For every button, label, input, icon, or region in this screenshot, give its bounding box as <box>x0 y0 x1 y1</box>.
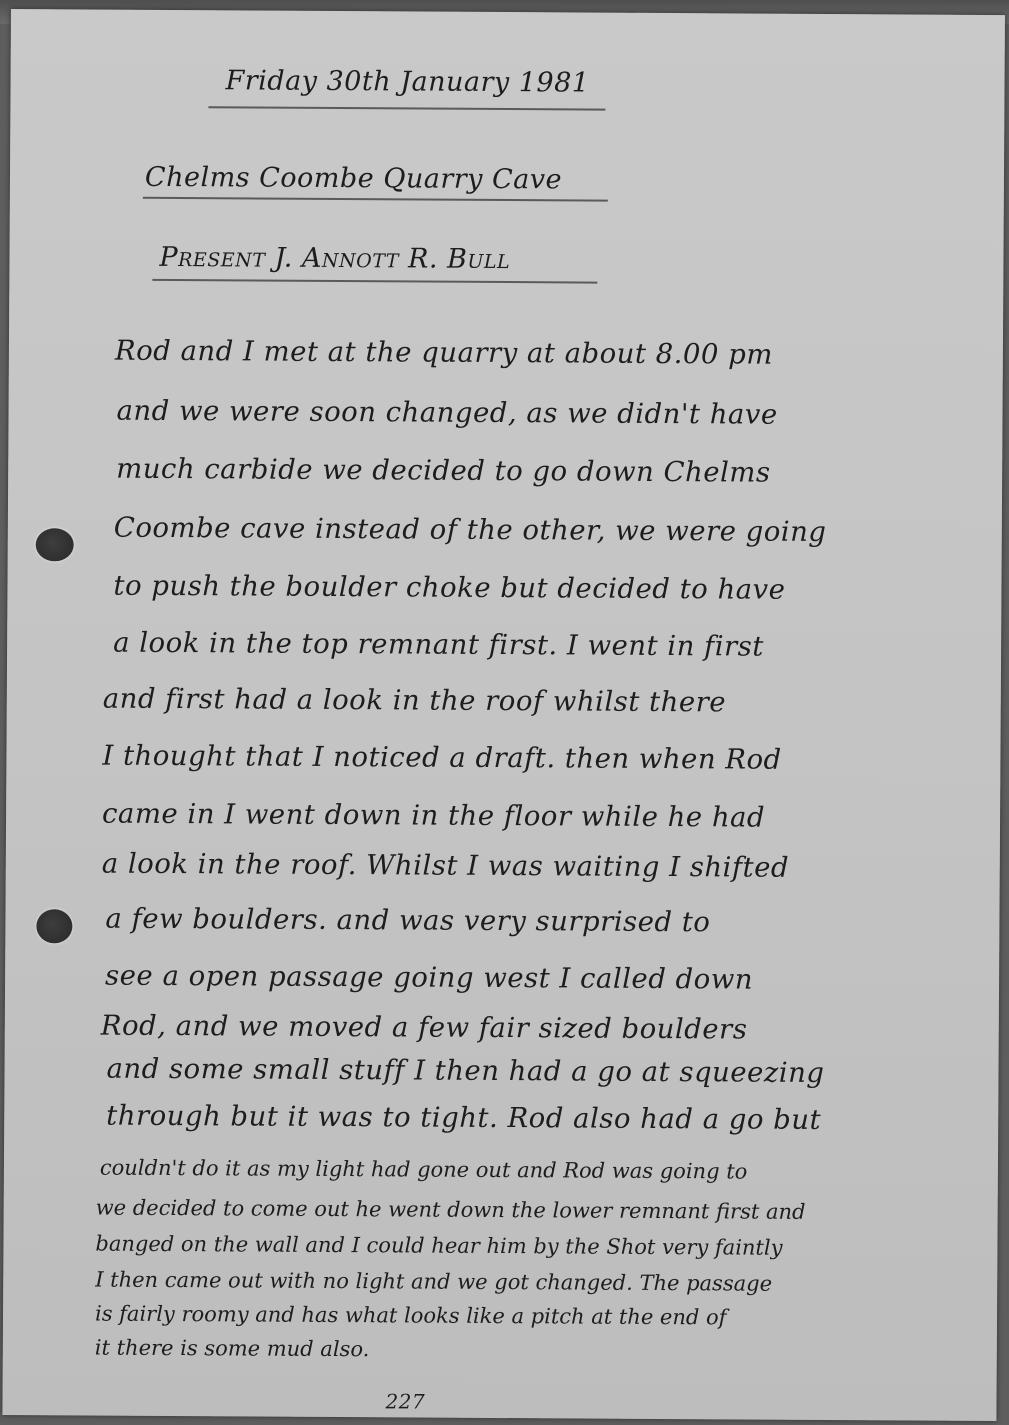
body-line: to push the boulder choke but decided to… <box>113 570 785 606</box>
body-line: is fairly roomy and has what looks like … <box>95 1302 727 1330</box>
punch-hole-top <box>36 528 74 561</box>
body-line: it there is some mud also. <box>95 1336 370 1362</box>
date-heading: Friday 30th January 1981 <box>225 65 589 98</box>
present-underline <box>152 279 597 283</box>
punch-hole-bottom <box>36 909 72 943</box>
body-line: I thought that I noticed a draft. then w… <box>102 740 781 776</box>
location-heading: Chelms Coombe Quarry Cave <box>145 162 562 196</box>
notebook-page: Friday 30th January 1981 Chelms Coombe Q… <box>2 9 1005 1421</box>
body-line: Rod, and we moved a few fair sized bould… <box>101 1010 748 1046</box>
body-line: much carbide we decided to go down Chelm… <box>116 453 771 489</box>
body-line: Rod and I met at the quarry at about 8.0… <box>115 335 773 371</box>
body-line: Coombe cave instead of the other, we wer… <box>114 512 827 548</box>
body-line: a look in the top remnant first. I went … <box>113 627 764 663</box>
body-line: we decided to come out he went down the … <box>96 1196 806 1224</box>
location-underline <box>143 197 608 201</box>
body-line: a look in the roof. Whilst I was waiting… <box>102 848 789 884</box>
body-line: through but it was to tight. Rod also ha… <box>106 1100 821 1136</box>
date-underline <box>208 106 605 110</box>
body-line: see a open passage going west I called d… <box>105 960 753 996</box>
body-line: couldn't do it as my light had gone out … <box>100 1156 748 1184</box>
present-heading: Present J. Annott R. Bull <box>159 242 510 275</box>
body-line: I then came out with no light and we got… <box>95 1268 772 1296</box>
body-line: banged on the wall and I could hear him … <box>95 1232 782 1260</box>
body-line: and some small stuff I then had a go at … <box>106 1053 824 1089</box>
page-number: 227 <box>385 1389 425 1413</box>
body-line: a few boulders. and was very surprised t… <box>105 903 710 939</box>
body-line: came in I went down in the floor while h… <box>102 798 765 834</box>
body-line: and first had a look in the roof whilst … <box>103 683 726 719</box>
body-line: and we were soon changed, as we didn't h… <box>116 395 777 431</box>
